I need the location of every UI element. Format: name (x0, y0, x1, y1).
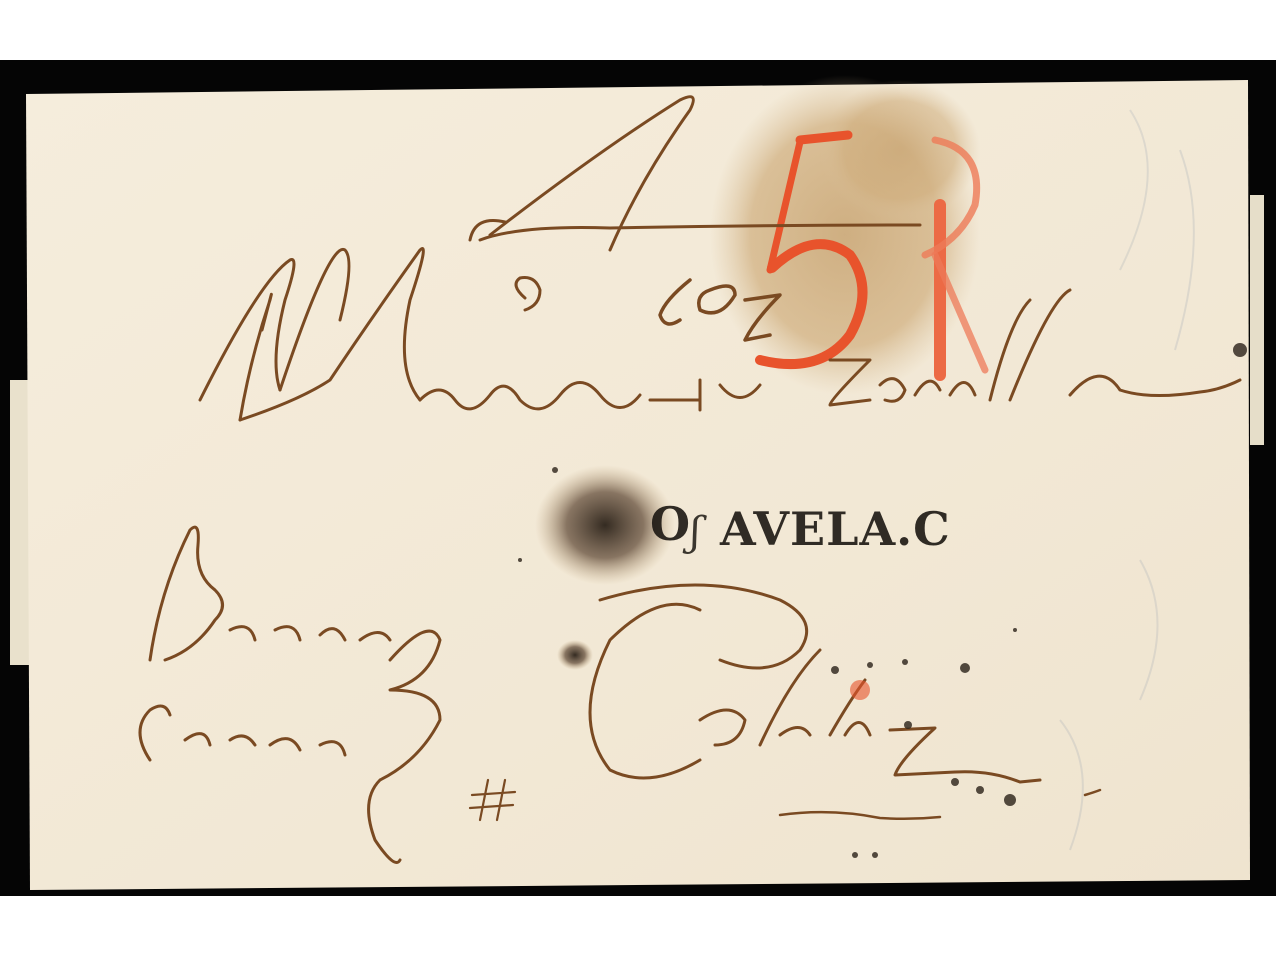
svg-text:O: O (650, 497, 692, 551)
right-fold-flap (1250, 195, 1264, 445)
letter-photo: O ʃ AVELA.C A Sr. Dn. Ambrosio Ant. Zorr… (0, 0, 1276, 956)
svg-text:AVELA.C: AVELA.C (719, 502, 951, 556)
